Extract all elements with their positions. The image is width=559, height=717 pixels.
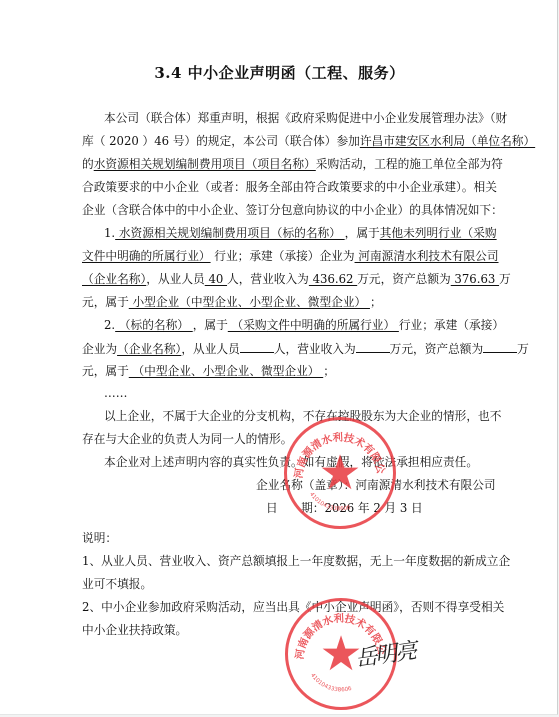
intro-line-3-prefix: 的	[82, 157, 94, 171]
item2-subject: （标的名称）	[115, 318, 193, 332]
seal-star-icon: ★	[318, 449, 361, 497]
intro-line-3-suffix: 采购活动，工程的施工单位全部为符	[316, 157, 503, 171]
ellipsis: ……	[104, 386, 127, 400]
item1-end: ；	[370, 295, 382, 309]
item2-revenue-blank	[356, 341, 390, 353]
note-2-line-2: 中小企业扶持政策。	[82, 623, 187, 637]
item1-assets-unit: 万	[499, 272, 511, 286]
purchaser-name: 许昌市建安区水利局（单位名称）	[360, 134, 535, 148]
item2-company-note: （企业名称）	[117, 342, 181, 356]
item2-staff-blank	[240, 341, 274, 353]
intro-line-2-text: 库（ 2020 ）46 号）的规定，本公司（联合体）参加	[82, 134, 360, 148]
item1-industry-cont: 文件中明确的所属行业）	[82, 249, 211, 263]
item1-line-1: 1. 水资源相关规划编制费用项目（标的名称） ，属于其他未列明行业（采购	[104, 226, 497, 240]
item1-industry: 其他未列明行业（采购	[380, 226, 497, 240]
item1-revenue: 436.62	[309, 272, 357, 286]
item1-size-label: 元，属于	[82, 295, 129, 309]
item2-end: ；	[323, 364, 335, 378]
item1-size: 小型企业（中型企业、小型企业、微型企业）	[129, 295, 370, 309]
item1-subject: 水资源相关规划编制费用项目（标的名称）	[115, 226, 345, 240]
item1-company-note: （企业名称）	[82, 272, 146, 286]
item1-line-3: （企业名称），从业人员 40 人，营业收入为 436.62 万元，资产总额为 3…	[82, 272, 511, 286]
item2-staff-label: ，从业人员	[181, 342, 239, 356]
item1-company: 河南源清水利技术有限公司	[355, 249, 499, 263]
item2-number: 2.	[104, 318, 115, 332]
item2-size: （中型企业、小型企业、微型企业）	[129, 364, 323, 378]
item1-staff-count: 40	[205, 272, 227, 286]
item1-line-2: 文件中明确的所属行业） 行业；承建（承接）企业为 河南源清水利技术有限公司	[82, 249, 499, 263]
item2-assets-unit: 万	[517, 342, 529, 356]
item2-belongs-label: ，属于	[193, 318, 228, 332]
intro-line-5: 企业（含联合体中的中小企业、签订分包意向协议的中小企业）的具体情况如下：	[82, 203, 503, 217]
item2-contractor-label: 行业；承建（承接）	[399, 318, 504, 332]
item1-assets: 376.63	[451, 272, 499, 286]
item2-line-1: 2. （标的名称） ，属于 （采购文件中明确的所属行业） 行业；承建（承接）	[104, 318, 504, 332]
item1-line-4: 元，属于 小型企业（中型企业、小型企业、微型企业） ；	[82, 295, 382, 309]
item2-line-3: 元，属于 （中型企业、小型企业、微型企业） ；	[82, 364, 335, 378]
note-1-line-2: 业可不填报。	[82, 577, 152, 591]
statement-1-line-2: 存在与大企业的负责人为同一人的情形。	[82, 432, 292, 446]
item1-revenue-label: 人，营业收入为	[227, 272, 309, 286]
item1-number: 1.	[104, 226, 115, 240]
item1-assets-label: 万元，资产总额为	[357, 272, 451, 286]
company-seal-stamp: 河南源清水利技术有限公司 4101043338606 ★	[284, 417, 396, 529]
item1-staff-label: ，从业人员	[146, 272, 204, 286]
item1-belongs-label: ，属于	[345, 226, 380, 240]
item1-contractor-label: 行业；承建（承接）企业为	[211, 249, 355, 263]
item2-revenue-label: 人，营业收入为	[274, 342, 356, 356]
item2-line-2: 企业为（企业名称），从业人员人，营业收入为万元，资产总额为万	[82, 341, 529, 356]
note-1-line-1: 1、从业人员、营业收入、资产总额填报上一年度数据，无上一年度数据的新成立企	[82, 554, 510, 568]
intro-line-3: 的水资源相关规划编制费用项目（项目名称）采购活动，工程的施工单位全部为符	[82, 157, 503, 171]
intro-line-1: 本公司（联合体）郑重声明，根据《政府采购促进中小企业发展管理办法》（财	[104, 111, 507, 125]
item2-assets-label: 万元，资产总额为	[390, 342, 484, 356]
item2-assets-blank	[483, 341, 517, 353]
intro-line-2: 库（ 2020 ）46 号）的规定，本公司（联合体）参加许昌市建安区水利局（单位…	[82, 134, 535, 148]
project-name: 水资源相关规划编制费用项目（项目名称）	[94, 157, 316, 171]
item2-industry: （采购文件中明确的所属行业）	[228, 318, 399, 332]
document-page: 3.4 中小企业声明函（工程、服务） 本公司（联合体）郑重声明，根据《政府采购促…	[0, 0, 558, 715]
intro-line-4: 合政策要求的中小企业（或者：服务全部由符合政策要求的中小企业承建）。相关	[82, 180, 497, 194]
notes-heading: 说明：	[82, 531, 117, 545]
item2-size-label: 元，属于	[82, 364, 129, 378]
document-title: 3.4 中小企业声明函（工程、服务）	[0, 62, 559, 83]
item2-company-label: 企业为	[82, 342, 117, 356]
